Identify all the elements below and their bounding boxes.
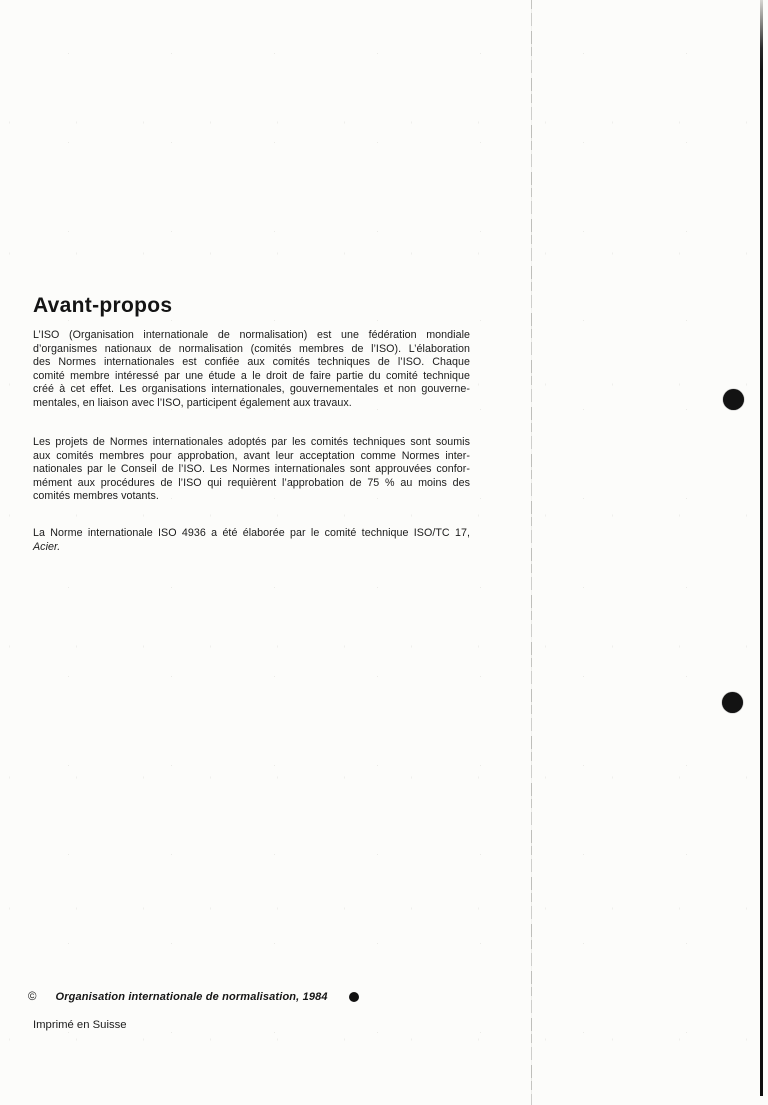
text-line: nationales par le Conseil de l’ISO. Les … (33, 463, 470, 477)
copyright-line: © Organisation internationale de normali… (28, 990, 359, 1004)
page-title: Avant-propos (33, 294, 172, 318)
foreword-paragraph-3: La Norme internationale ISO 4936 a été é… (33, 527, 470, 554)
text-line: des Normes internationales est confiée a… (33, 356, 470, 370)
foreword-paragraph-1: L’ISO (Organisation internationale de no… (33, 329, 470, 410)
text-line: mément aux procédures de l’ISO qui requi… (33, 477, 470, 491)
text-line: aux comités membres pour approbation, av… (33, 450, 470, 464)
text-line: créé à cet effet. Les organisations inte… (33, 383, 470, 397)
copyright-symbol: © (28, 991, 36, 1003)
text-line: comité membre intéressé par une étude a … (33, 370, 470, 384)
page-fold-line (531, 0, 532, 1105)
text-line: mentales, en liaison avec l’ISO, partici… (33, 397, 470, 411)
text-line: Les projets de Normes internationales ad… (33, 436, 470, 450)
foreword-paragraph-2: Les projets de Normes internationales ad… (33, 436, 470, 504)
registration-dot-icon (723, 389, 744, 410)
text-line: L’ISO (Organisation internationale de no… (33, 329, 470, 343)
text-line-italic: Acier. (33, 541, 470, 555)
text-line: comités membres votants. (33, 490, 470, 504)
copyright-text: Organisation internationale de normalisa… (55, 991, 327, 1003)
text-line: La Norme internationale ISO 4936 a été é… (33, 527, 470, 541)
printed-in-note: Imprimé en Suisse (33, 1019, 127, 1031)
scanned-document-page: Avant-propos L’ISO (Organisation interna… (0, 0, 768, 1105)
scan-edge-line (760, 0, 763, 1096)
end-of-text-dot-icon (349, 992, 359, 1002)
text-line: d’organismes nationaux de normalisation … (33, 343, 470, 357)
registration-dot-icon (722, 692, 743, 713)
